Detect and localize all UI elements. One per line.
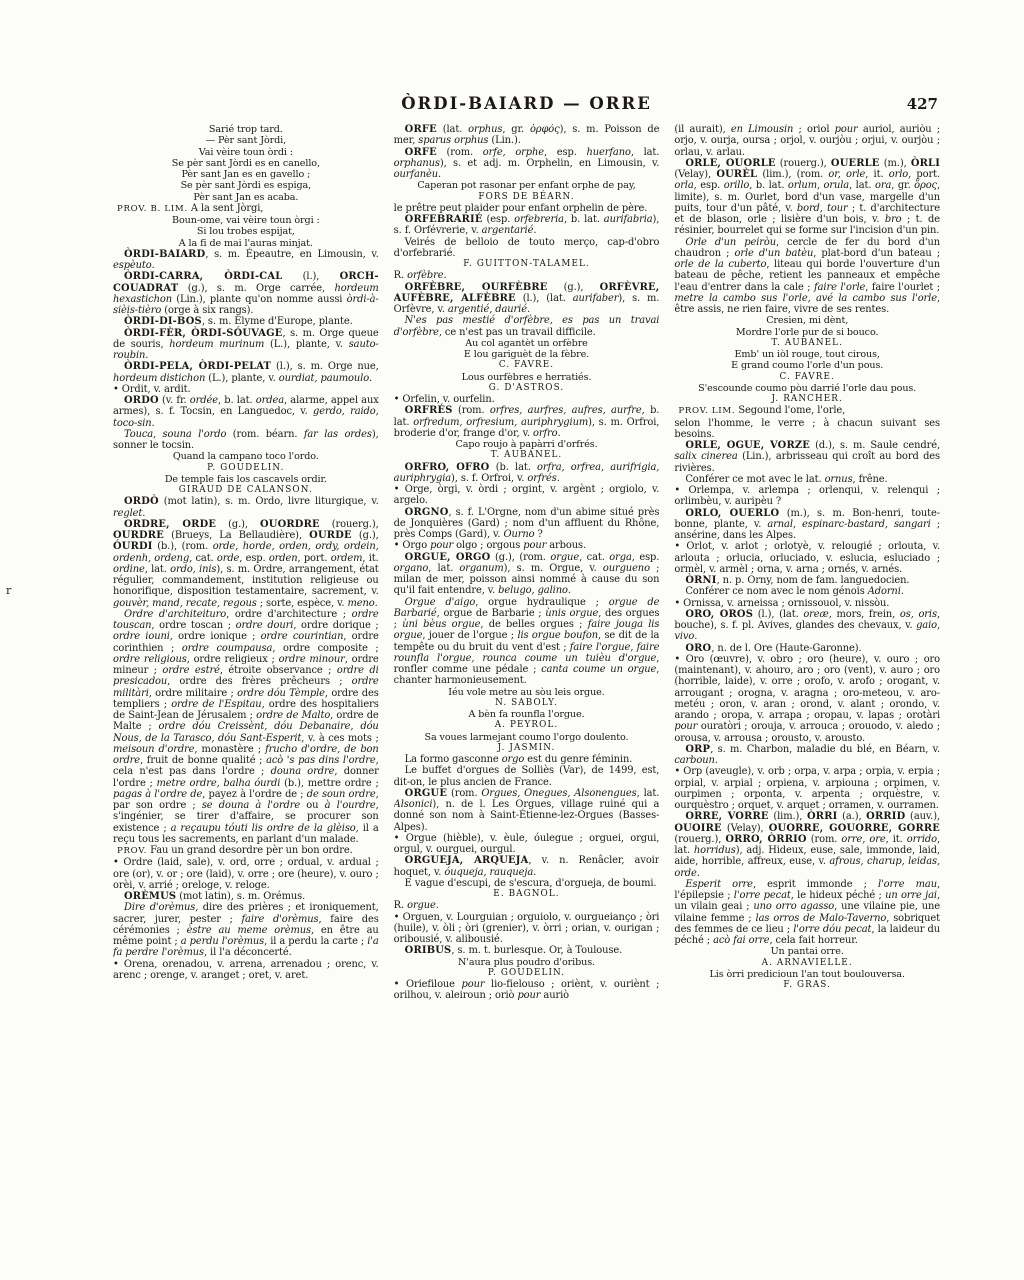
- proverb: PROV. LIM. Segound l'ome, l'orle,: [674, 405, 940, 417]
- cross-ref-list: • Orgue (hièble), v. èule, óulegue ; org…: [394, 833, 660, 856]
- cross-ref-list: • Orlot, v. arlot ; orlotyè, v. relougié…: [674, 541, 940, 575]
- dictionary-entry: ORGUE, ORGO (g.), (rom. orgue, cat. orga…: [394, 552, 660, 597]
- verse-quote: N'aura plus poudro d'oribus.: [394, 957, 660, 968]
- paragraph: R. orfèbre.: [394, 270, 660, 281]
- paragraph: Esperit orre, esprit immonde ; l'orre ma…: [674, 879, 940, 947]
- attribution: P. GOUDELIN.: [113, 463, 379, 474]
- dictionary-entry: ÒRDI-DI-BOS, s. m. Élyme d'Europe, plant…: [113, 316, 379, 327]
- paragraph: E vague d'escupi, de s'escura, d'orgueja…: [394, 878, 660, 889]
- cross-ref-list: • Orgo pour olgo ; orgous pour arbous.: [394, 540, 660, 551]
- verse-line: Pèr sant Jan es en gavello ;: [113, 169, 379, 180]
- dictionary-entry: ORGNO, s. f. L'Orgne, nom d'un abime sit…: [394, 507, 660, 541]
- margin-artifact: r: [6, 584, 11, 597]
- dictionary-entry: ORGUEJA, ARQUEJA, v. n. Renâcler, avoir …: [394, 855, 660, 878]
- verse-line: Iéu vole metre au sòu leis orgue.: [394, 687, 660, 698]
- dictionary-entry: ORFRO, OFRO (b. lat. orfra, orfrea, auri…: [394, 462, 660, 485]
- attribution: N. SABOLY.: [394, 698, 660, 709]
- dictionary-entry: ORO, n. de l. Ore (Haute-Garonne).: [674, 643, 940, 654]
- verse-line: Au col agantèt un orfèbre: [394, 338, 660, 349]
- dictionary-entry: ORP, s. m. Charbon, maladie du blé, en B…: [674, 744, 940, 767]
- dictionary-entry: ORÈMUS (mot latin), s. m. Orémus.: [113, 891, 379, 902]
- dictionary-entry: ORO, OROS (l.), (lat. oreæ, mors, frein,…: [674, 609, 940, 643]
- verse-line: Se pèr sant Jòrdi es en canello,: [113, 158, 379, 169]
- attribution: A. PEYROL.: [394, 720, 660, 731]
- paragraph: La formo gasconne orgo est du genre fémi…: [394, 754, 660, 765]
- verse-line: Sarié trop tard.: [113, 124, 379, 135]
- dictionary-entry: ÒRDI-CARRA, ÒRDI-CAL (l.), ORCH-COUADRAT…: [113, 271, 379, 316]
- column-3: (il aurait), en Limousin ; oriol pour au…: [674, 124, 940, 1270]
- cross-ref-list: • Orge, òrgi, v. òrdi ; orgint, v. argèn…: [394, 484, 660, 507]
- running-title: ÒRDI-BAIARD — ORRE: [113, 94, 940, 113]
- verse-line: Mordre l'orle pur de si bouco.: [674, 327, 940, 338]
- attribution: J. RANCHER.: [674, 394, 940, 405]
- verse-quote: Caperan pot rasonar per enfant orphe de …: [394, 180, 660, 191]
- dictionary-page: ÒRDI-BAIARD — ORRE 427 r Sarié trop tard…: [0, 0, 1024, 1280]
- dictionary-entry: ORFE (lat. orphus, gr. ὀρφός), s. m. Poi…: [394, 124, 660, 147]
- dictionary-entry: ÒRDI-PELA, ÒRDI-PELAT (l.), s. m. Orge n…: [113, 361, 379, 384]
- attribution: G. D'ASTROS.: [394, 383, 660, 394]
- verse-line: Sa voues larmejant coumo l'orgo doulento…: [394, 732, 660, 743]
- column-1: Sarié trop tard.— Pèr sant Jòrdi,Vai vèi…: [113, 124, 379, 1270]
- cross-ref-list: • Ordit, v. ardit.: [113, 384, 379, 395]
- dictionary-entry: ORDRE, ORDE (g.), OUORDRE (rouerg.), OUR…: [113, 519, 379, 609]
- attribution: GIRAUD DE CALANSON.: [113, 485, 379, 496]
- verse-line: Lous ourfèbres e herratiés.: [394, 372, 660, 383]
- cross-ref-list: • Oriefiloue pour lio-fielouso ; oriènt,…: [394, 979, 660, 1002]
- verse-line: E grand coumo l'orle d'un pous.: [674, 360, 940, 371]
- verse-quote: Lous ourfèbres e herratiés.: [394, 372, 660, 383]
- attribution: C. FAVRE.: [674, 372, 940, 383]
- proverb: PROV. Fau un grand desordre pèr un bon o…: [113, 845, 379, 857]
- cross-ref-list: • Ornissa, v. arneissa ; ornissouol, v. …: [674, 598, 940, 609]
- verse-quote: De temple fais los cascavels ordir.: [113, 474, 379, 485]
- verse-line: Emb' un iòl rouge, tout cirous,: [674, 349, 940, 360]
- dictionary-entry: ÒRNI, n. p. Orny, nom de fam. languedoci…: [674, 575, 940, 586]
- verse-quote: Capo roujo à papàrri d'orfrés.: [394, 439, 660, 450]
- verse-quote: A bèn fa rounfla l'orgue.: [394, 709, 660, 720]
- column-2: ORFE (lat. orphus, gr. ὀρφός), s. m. Poi…: [394, 124, 660, 1270]
- text-columns: Sarié trop tard.— Pèr sant Jòrdi,Vai vèi…: [113, 124, 940, 1270]
- verse-line: — Pèr sant Jòrdi,: [113, 135, 379, 146]
- paragraph: Orle d'un peiròu, cercle de fer du bord …: [674, 237, 940, 316]
- dictionary-entry: ORFE (rom. orfe, orphe, esp. huerfano, l…: [394, 147, 660, 181]
- verse-line: Quand la campano toco l'ordo.: [113, 451, 379, 462]
- attribution: J. JASMIN.: [394, 743, 660, 754]
- dictionary-entry: ORIBUS, s. m. t. burlesque. Or, à Toulou…: [394, 945, 660, 956]
- cross-ref-list: • Ordre (laid, sale), v. ord, orre ; ord…: [113, 857, 379, 891]
- verse-line: A la fi de mai l'auras minjat.: [113, 238, 379, 249]
- dictionary-entry: ORLO, OUERLO (m.), s. m. Bon-henri, tout…: [674, 508, 940, 542]
- verse-line: E lou gariguèt de la fèbre.: [394, 349, 660, 360]
- dictionary-entry: ORFRÉS (rom. orfres, aurfres, aufres, au…: [394, 405, 660, 439]
- paragraph: Orgue d'aigo, orgue hydraulique ; orgue …: [394, 597, 660, 687]
- attribution: E. BAGNOL.: [394, 889, 660, 900]
- dictionary-entry: ORLE, OGUE, VORZE (d.), s. m. Saule cend…: [674, 440, 940, 474]
- paragraph: le prêtre peut plaider pour enfant orphe…: [394, 203, 660, 214]
- dictionary-entry: ÒRDI-BAIARD, s. m. Épeautre, en Limousin…: [113, 249, 379, 272]
- paragraph: Ordre d'architeituro, ordre d'architectu…: [113, 609, 379, 845]
- paragraph: Conférer ce mot avec le lat. ornus, frên…: [674, 474, 940, 485]
- paragraph: R. orgue.: [394, 900, 660, 911]
- verse-line: Se pèr sant Jòrdi es espiga,: [113, 180, 379, 191]
- verse-line: S'escounde coumo pòu darrié l'orle dau p…: [674, 383, 940, 394]
- dictionary-entry: ORGUE (rom. Orgues, Onegues, Alsonengues…: [394, 788, 660, 833]
- dictionary-entry: ORDÒ (mot latin), s. m. Ordo, livre litu…: [113, 496, 379, 519]
- verse-line: N'aura plus poudro d'oribus.: [394, 957, 660, 968]
- dictionary-entry: ÒRDI-FÈR, ÒRDI-SÓUVAGE, s. m. Orge queue…: [113, 328, 379, 362]
- dictionary-entry: ORDO (v. fr. ordée, b. lat. ordea, alarm…: [113, 395, 379, 429]
- cross-ref-list: • Orena, orenadou, v. arrena, arrenadou …: [113, 959, 379, 982]
- attribution: FORS DE BÉARN.: [394, 192, 660, 203]
- paragraph: Conférer ce nom avec le nom génois Adorn…: [674, 586, 940, 597]
- verse-quote: Un pantai orre.: [674, 946, 940, 957]
- verse-quote: Emb' un iòl rouge, tout cirous,E grand c…: [674, 349, 940, 372]
- verse-line: Lis òrri predicioun l'an tout boulouvers…: [674, 969, 940, 980]
- attribution: F. GRAS.: [674, 980, 940, 991]
- verse-line: Un pantai orre.: [674, 946, 940, 957]
- verse-line: Cresien, mi dènt,: [674, 315, 940, 326]
- attribution: P. GOUDELIN.: [394, 968, 660, 979]
- page-header: ÒRDI-BAIARD — ORRE 427: [113, 94, 940, 120]
- verse-quote: Sarié trop tard.— Pèr sant Jòrdi,Vai vèi…: [113, 124, 379, 203]
- verse-line: De temple fais los cascavels ordir.: [113, 474, 379, 485]
- paragraph: selon l'homme, le verre ; à chacun suiva…: [674, 418, 940, 441]
- verse-line: Caperan pot rasonar per enfant orphe de …: [394, 180, 660, 191]
- paragraph: N'es pas mestié d'orfèbre, es pas un tra…: [394, 315, 660, 338]
- dictionary-entry: ORFEBRARIÉ (esp. orfebreria, b. lat. aur…: [394, 214, 660, 237]
- page-number: 427: [907, 95, 938, 113]
- verse-line: Si lou trobes espijat,: [113, 226, 379, 237]
- cross-ref-list: • Orguen, v. Lourguian ; orguiolo, v. ou…: [394, 912, 660, 946]
- dictionary-entry: ORLE, OUORLE (rouerg.), OUERLE (m.), ÒRL…: [674, 158, 940, 237]
- attribution: T. AUBANEL.: [674, 338, 940, 349]
- attribution: C. FAVRE.: [394, 360, 660, 371]
- paragraph: Dire d'orèmus, dire des prières ; et iro…: [113, 902, 379, 958]
- dictionary-entry: ORFÈBRE, OURFÈBRE (g.), ORFÈVRE, AUFÈBRE…: [394, 282, 660, 316]
- verse-quote: Sa voues larmejant coumo l'orgo doulento…: [394, 732, 660, 743]
- paragraph: Le buffet d'orgues de Solliès (Var), de …: [394, 765, 660, 788]
- cross-ref-list: • Orp (aveugle), v. orb ; orpa, v. arpa …: [674, 766, 940, 811]
- verse-line: Vai vèire toun òrdi :: [113, 147, 379, 158]
- verse-quote: Cresien, mi dènt,Mordre l'orle pur de si…: [674, 315, 940, 338]
- verse-line: A bèn fa rounfla l'orgue.: [394, 709, 660, 720]
- dictionary-entry: ORRE, VORRE (lim.), ÒRRI (a.), ORRID (au…: [674, 811, 940, 879]
- verse-line: Boun-ome, vai vèire toun òrgi :: [113, 215, 379, 226]
- paragraph: Veirés de belloio de touto merço, cap-d'…: [394, 237, 660, 260]
- proverb: PROV. B. LIM. A la sent Jòrgi,: [113, 203, 379, 215]
- verse-quote: Iéu vole metre au sòu leis orgue.: [394, 687, 660, 698]
- cross-ref-list: • Oro (œuvre), v. obro ; oro (heure), v.…: [674, 654, 940, 744]
- paragraph: Touca, souna l'ordo (rom. béarn. far las…: [113, 429, 379, 452]
- paragraph: (il aurait), en Limousin ; oriol pour au…: [674, 124, 940, 158]
- verse-quote: Quand la campano toco l'ordo.: [113, 451, 379, 462]
- verse-line: Pèr sant Jan es acaba.: [113, 192, 379, 203]
- verse-line: Capo roujo à papàrri d'orfrés.: [394, 439, 660, 450]
- cross-ref-list: • Orlempa, v. arlempa ; orlenqui, v. rel…: [674, 485, 940, 508]
- attribution: A. ARNAVIELLE.: [674, 958, 940, 969]
- attribution: F. GUITTON-TALAMEL.: [394, 259, 660, 270]
- verse-quote: Boun-ome, vai vèire toun òrgi :Si lou tr…: [113, 215, 379, 249]
- verse-quote: Lis òrri predicioun l'an tout boulouvers…: [674, 969, 940, 980]
- attribution: T. AUBANEL.: [394, 450, 660, 461]
- verse-quote: S'escounde coumo pòu darrié l'orle dau p…: [674, 383, 940, 394]
- cross-ref-list: • Orfelin, v. ourfelin.: [394, 394, 660, 405]
- verse-quote: Au col agantèt un orfèbreE lou gariguèt …: [394, 338, 660, 361]
